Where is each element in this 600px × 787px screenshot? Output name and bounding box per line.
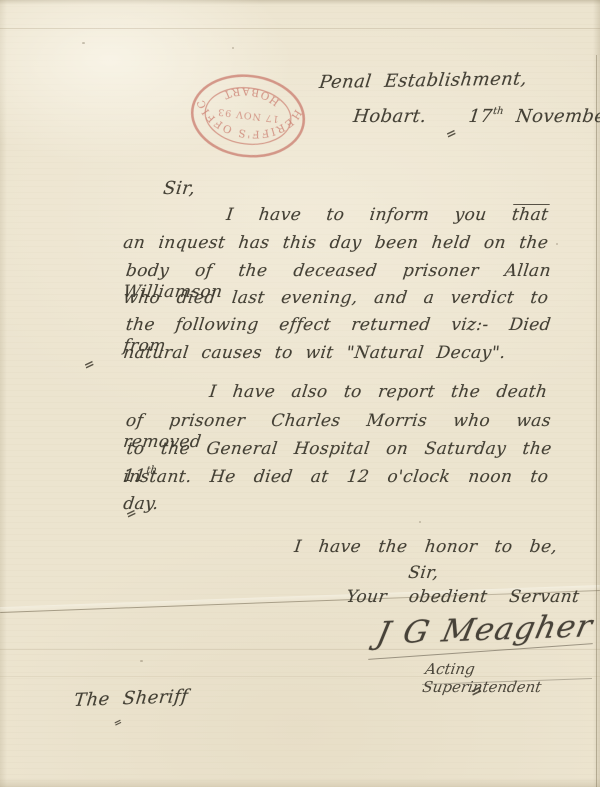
paper-speck — [419, 521, 421, 523]
paper-speck — [556, 243, 558, 245]
heading-place-date: Hobart. 17th November 1893 — [352, 101, 600, 127]
stamp-ring-text-bottom: HOBART — [218, 81, 283, 108]
closing-line-3: Your obedient Servant — [345, 587, 581, 608]
paper-speck — [232, 47, 234, 49]
stamp-svg: SHERIFF'S OFFICE HOBART 17 NOV 93 — [181, 61, 316, 171]
paragraph1-line-6: natural causes to wit "Natural Decay". — [122, 343, 507, 364]
paragraph1-opening: I have to inform you — [225, 205, 488, 225]
paper-speck — [140, 660, 143, 662]
heading-place: Hobart. — [352, 106, 428, 127]
paragraph1-line-2: an inquest has this day been held on the — [122, 233, 550, 254]
paper-speck — [82, 42, 85, 44]
paragraph2-line-4: instant. He died at 12 o'clock noon to — [122, 467, 550, 488]
paper-edge-line — [596, 55, 597, 787]
sheriffs-office-stamp: SHERIFF'S OFFICE HOBART 17 NOV 93 — [181, 61, 316, 171]
signature-title: Acting Superintendent — [421, 660, 595, 696]
paper-crease-top — [0, 28, 600, 29]
paragraph1-line-1: I have to inform you that — [225, 205, 550, 226]
paragraph1-line-4: who died last evening, and a verdict to — [122, 288, 550, 309]
salutation: Sir, — [162, 178, 197, 199]
heading-establishment: Penal Establishment, — [318, 68, 528, 93]
paragraph1-struck-word: that — [511, 205, 550, 225]
heading-date-day: 17 — [467, 106, 493, 127]
heading-date-ordinal: th — [492, 106, 504, 117]
closing-line-2: Sir, — [407, 563, 440, 584]
paragraph2-line-1: I have also to report the death — [208, 382, 549, 403]
heading-date-rest: November 1893 — [515, 106, 600, 127]
scanned-letter-page: { "letter": { "stamp": { "ring_top": "SH… — [0, 0, 600, 787]
closing-line-1: I have the honor to be, — [293, 537, 559, 558]
addressee-name: The Sheriff — [73, 686, 189, 711]
